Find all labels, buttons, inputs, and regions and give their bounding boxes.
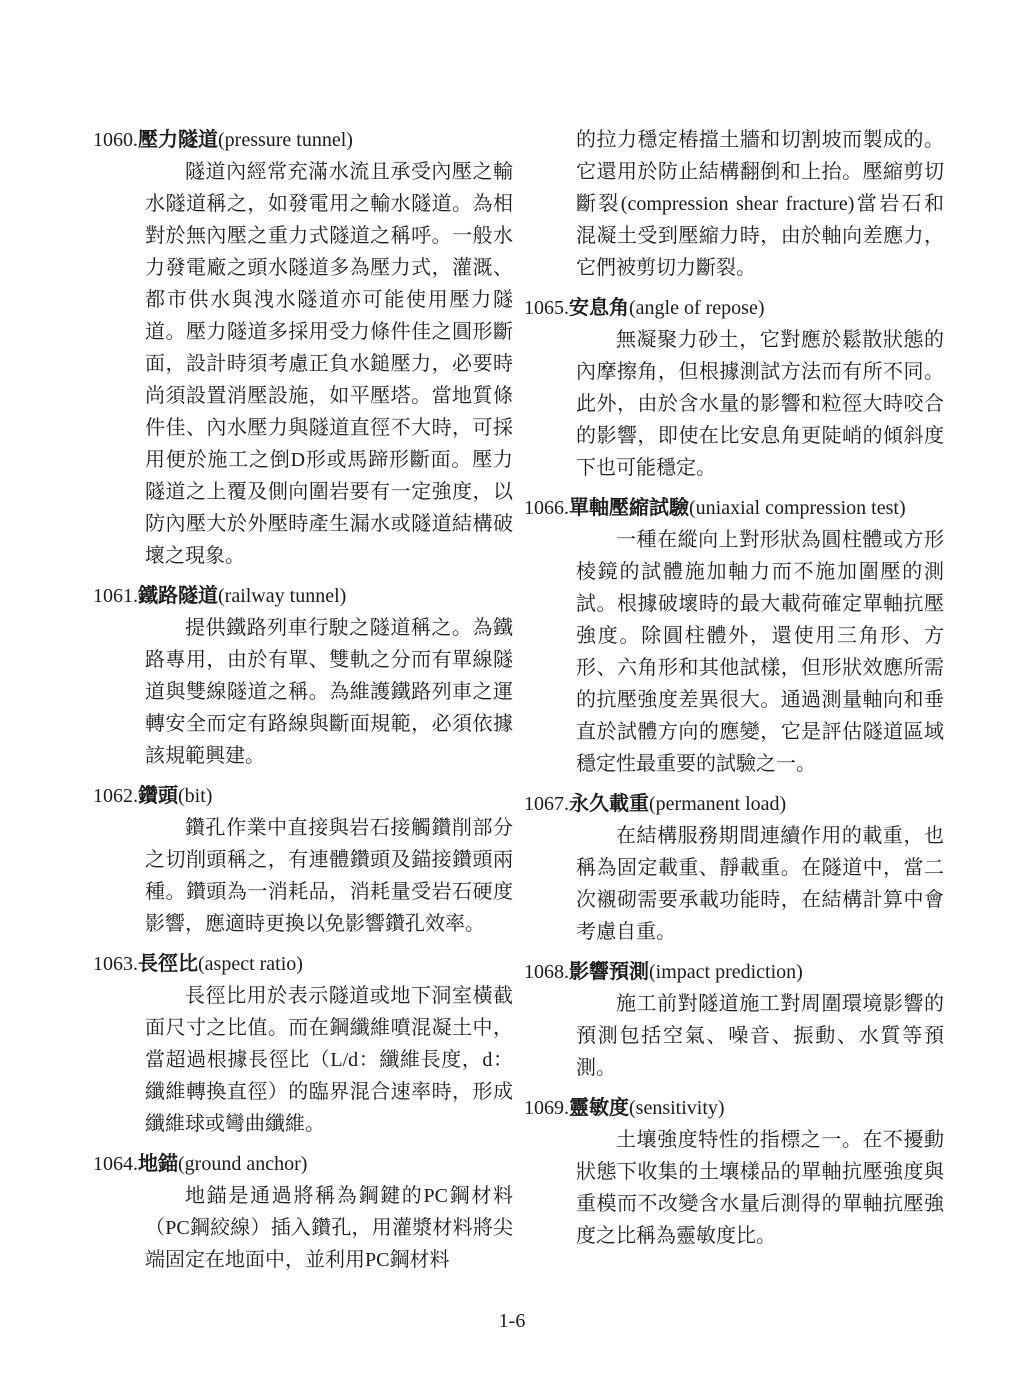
glossary-entry-1067: 1067.永久載重(permanent load) 在結構服務期間連續作用的載重… bbox=[524, 788, 944, 948]
glossary-entry-1068: 1068.影響預測(impact prediction) 施工前對隧道施工對周圍… bbox=[524, 956, 944, 1084]
document-page: 1060.壓力隧道(pressure tunnel) 隧道內經常充滿水流且承受內… bbox=[0, 0, 1024, 1400]
entry-definition: 一種在縱向上對形狀為圓柱體或方形棱鏡的試體施加軸力而不施加圍壓的測試。根據破壞時… bbox=[576, 524, 944, 780]
entry-english-term: (bit) bbox=[178, 785, 212, 807]
entry-term: 單軸壓縮試驗 bbox=[569, 497, 689, 519]
entry-heading: 1069.靈敏度(sensitivity) bbox=[524, 1092, 944, 1124]
entry-english-term: (ground anchor) bbox=[178, 1153, 307, 1175]
entry-english-term: (permanent load) bbox=[649, 793, 786, 815]
entry-term: 長徑比 bbox=[138, 953, 198, 975]
entry-term: 地錨 bbox=[138, 1153, 178, 1175]
entry-english-term: (uniaxial compression test) bbox=[689, 497, 906, 519]
glossary-entry-1069: 1069.靈敏度(sensitivity) 土壤強度特性的指標之一。在不擾動狀態… bbox=[524, 1092, 944, 1252]
entry-number: 1068. bbox=[524, 961, 569, 983]
two-column-text-area: 1060.壓力隧道(pressure tunnel) 隧道內經常充滿水流且承受內… bbox=[93, 124, 944, 1284]
entry-english-term: (pressure tunnel) bbox=[218, 129, 353, 151]
entry-term: 影響預測 bbox=[569, 961, 649, 983]
glossary-entry-1063: 1063.長徑比(aspect ratio) 長徑比用於表示隧道或地下洞室橫截面… bbox=[93, 948, 513, 1140]
entry-heading: 1061.鐵路隧道(railway tunnel) bbox=[93, 580, 513, 612]
entry-heading: 1066.單軸壓縮試驗(uniaxial compression test) bbox=[524, 492, 944, 524]
entry-term: 鐵路隧道 bbox=[138, 585, 218, 607]
entry-definition: 鑽孔作業中直接與岩石接觸鑽削部分之切削頭稱之，有連體鑽頭及錨接鑽頭兩種。鑽頭為一… bbox=[145, 812, 513, 940]
entry-english-term: (sensitivity) bbox=[629, 1097, 725, 1119]
page-number: 1-6 bbox=[0, 1306, 1024, 1336]
entry-definition: 長徑比用於表示隧道或地下洞室橫截面尺寸之比值。而在鋼纖維噴混凝土中，當超過根據長… bbox=[145, 980, 513, 1140]
glossary-entry-1066: 1066.單軸壓縮試驗(uniaxial compression test) 一… bbox=[524, 492, 944, 780]
entry-definition: 提供鐵路列車行駛之隧道稱之。為鐵路專用，由於有單、雙軌之分而有單線隧道與雙線隧道… bbox=[145, 612, 513, 772]
entry-english-term: (angle of repose) bbox=[629, 297, 765, 319]
entry-definition: 施工前對隧道施工對周圍環境影響的預測包括空氣、噪音、振動、水質等預測。 bbox=[576, 988, 944, 1084]
entry-number: 1067. bbox=[524, 793, 569, 815]
entry-definition: 隧道內經常充滿水流且承受內壓之輸水隧道稱之，如發電用之輸水隧道。為相對於無內壓之… bbox=[145, 156, 513, 572]
entry-number: 1066. bbox=[524, 497, 569, 519]
glossary-entry-1062: 1062.鑽頭(bit) 鑽孔作業中直接與岩石接觸鑽削部分之切削頭稱之，有連體鑽… bbox=[93, 780, 513, 940]
entry-number: 1065. bbox=[524, 297, 569, 319]
entry-number: 1062. bbox=[93, 785, 138, 807]
entry-heading: 1067.永久載重(permanent load) bbox=[524, 788, 944, 820]
entry-heading: 1064.地錨(ground anchor) bbox=[93, 1148, 513, 1180]
entry-number: 1060. bbox=[93, 129, 138, 151]
entry-term: 安息角 bbox=[569, 297, 629, 319]
left-column: 1060.壓力隧道(pressure tunnel) 隧道內經常充滿水流且承受內… bbox=[93, 124, 513, 1284]
entry-definition: 土壤強度特性的指標之一。在不擾動狀態下收集的土壤樣品的單軸抗壓強度與重模而不改變… bbox=[576, 1124, 944, 1252]
entry-definition: 在結構服務期間連續作用的載重，也稱為固定載重、靜載重。在隧道中，當二次襯砌需要承… bbox=[576, 820, 944, 948]
glossary-entry-1064: 1064.地錨(ground anchor) 地錨是通過將稱為鋼鍵的PC鋼材料（… bbox=[93, 1148, 513, 1276]
entry-number: 1064. bbox=[93, 1153, 138, 1175]
entry-english-term: (railway tunnel) bbox=[218, 585, 346, 607]
entry-number: 1069. bbox=[524, 1097, 569, 1119]
entry-definition: 無凝聚力砂土，它對應於鬆散狀態的內摩擦角，但根據測試方法而有所不同。此外，由於含… bbox=[576, 324, 944, 484]
entry-heading: 1065.安息角(angle of repose) bbox=[524, 292, 944, 324]
entry-heading: 1062.鑽頭(bit) bbox=[93, 780, 513, 812]
entry-heading: 1063.長徑比(aspect ratio) bbox=[93, 948, 513, 980]
right-column: 的拉力穩定樁擋土牆和切割坡而製成的。它還用於防止結構翻倒和上抬。壓縮剪切斷裂(c… bbox=[524, 124, 944, 1284]
entry-term: 壓力隧道 bbox=[138, 129, 218, 151]
entry-number: 1061. bbox=[93, 585, 138, 607]
glossary-entry-1061: 1061.鐵路隧道(railway tunnel) 提供鐵路列車行駛之隧道稱之。… bbox=[93, 580, 513, 772]
entry-number: 1063. bbox=[93, 953, 138, 975]
entry-heading: 1060.壓力隧道(pressure tunnel) bbox=[93, 124, 513, 156]
glossary-entry-1060: 1060.壓力隧道(pressure tunnel) 隧道內經常充滿水流且承受內… bbox=[93, 124, 513, 572]
entry-heading: 1068.影響預測(impact prediction) bbox=[524, 956, 944, 988]
entry-term: 永久載重 bbox=[569, 793, 649, 815]
entry-term: 靈敏度 bbox=[569, 1097, 629, 1119]
entry-definition: 地錨是通過將稱為鋼鍵的PC鋼材料（PC鋼絞線）插入鑽孔，用灌漿材料將尖端固定在地… bbox=[145, 1180, 513, 1276]
glossary-entry-1065: 1065.安息角(angle of repose) 無凝聚力砂土，它對應於鬆散狀… bbox=[524, 292, 944, 484]
entry-english-term: (aspect ratio) bbox=[198, 953, 303, 975]
entry-english-term: (impact prediction) bbox=[649, 961, 803, 983]
entry-1064-continuation: 的拉力穩定樁擋土牆和切割坡而製成的。它還用於防止結構翻倒和上抬。壓縮剪切斷裂(c… bbox=[576, 124, 944, 284]
entry-term: 鑽頭 bbox=[138, 785, 178, 807]
